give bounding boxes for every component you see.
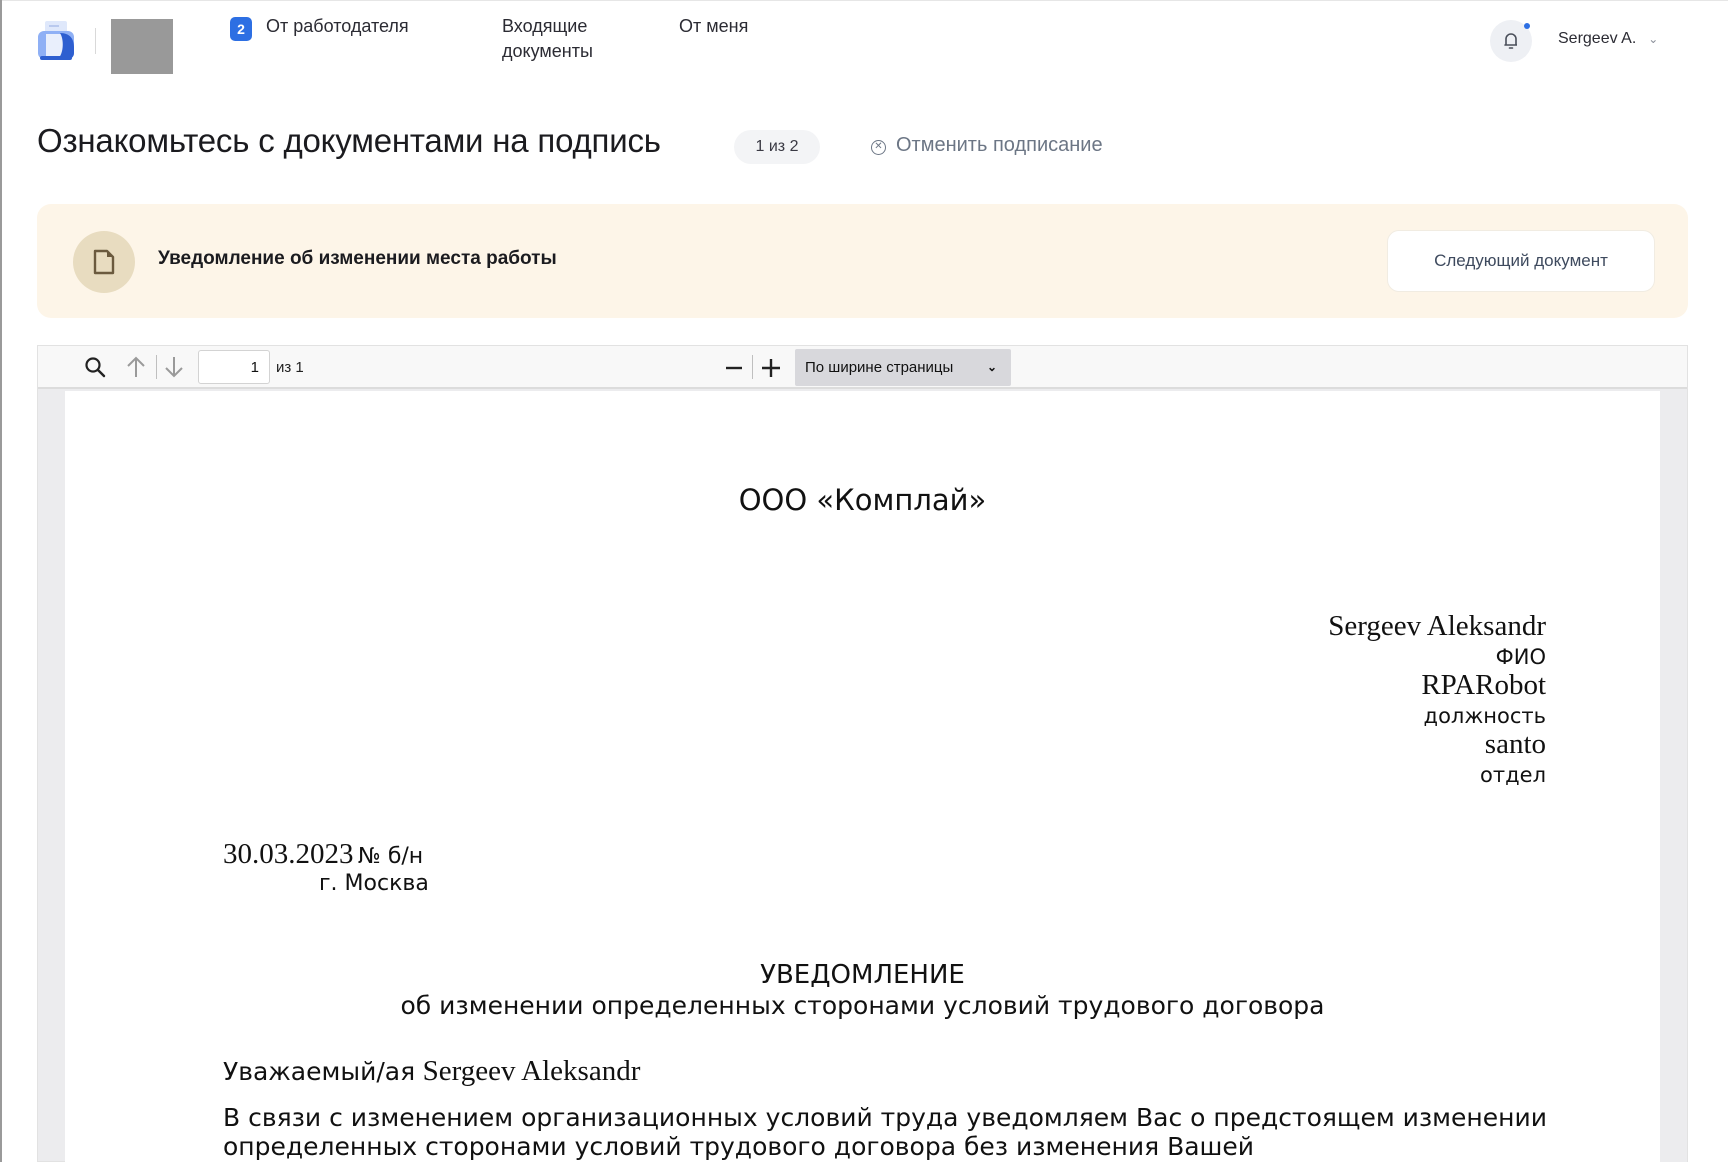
doc-subheading: об изменении определенных сторонами усло… (65, 991, 1660, 1020)
zoom-mode-value: По ширине страницы (805, 359, 953, 376)
page-number-input[interactable] (198, 350, 270, 384)
doc-body-text: В связи с изменением организационных усл… (223, 1103, 1547, 1161)
page-total: из 1 (276, 359, 304, 376)
doc-city: г. Москва (319, 871, 429, 896)
zoom-mode-select[interactable]: По ширине страницы ⌄ (795, 349, 1011, 386)
document-icon (93, 249, 115, 275)
page-title: Ознакомьтесь с документами на подпись (37, 122, 661, 160)
next-document-button[interactable]: Следующий документ (1387, 230, 1655, 292)
doc-recipient-department-label: отдел (1480, 763, 1546, 787)
doc-recipient-position-label: должность (1424, 704, 1546, 728)
zoom-in-icon[interactable] (760, 357, 782, 384)
user-name: Sergeev A. (1558, 30, 1636, 47)
toolbar-divider (156, 355, 157, 379)
zoom-out-icon[interactable] (724, 358, 744, 383)
arrow-up-icon[interactable] (126, 356, 146, 383)
close-circle-icon: ✕ (871, 140, 886, 155)
top-header: 2 От работодателя Входящие документы От … (0, 0, 1728, 90)
window-left-border (0, 0, 2, 1162)
nav-badge: 2 (230, 17, 252, 41)
search-icon[interactable] (84, 356, 106, 383)
current-document-banner: Уведомление об изменении места работы Сл… (37, 204, 1688, 318)
nav-incoming-documents[interactable]: Входящие документы (502, 14, 632, 64)
app-logo-icon[interactable] (36, 20, 76, 62)
doc-date-number: 30.03.2023 № б/н (223, 838, 423, 871)
doc-number: № б/н (358, 844, 423, 869)
doc-recipient-name-label: ФИО (1496, 645, 1546, 669)
doc-organization: ООО «Комплай» (65, 483, 1660, 517)
viewer-scrollbar-track[interactable] (1660, 391, 1687, 1162)
toolbar-divider (752, 355, 753, 379)
chevron-down-icon: ⌄ (1648, 32, 1658, 46)
notifications-button[interactable] (1490, 20, 1532, 62)
doc-recipient-department: santo (1485, 728, 1546, 761)
arrow-down-icon[interactable] (164, 356, 184, 383)
doc-heading: УВЕДОМЛЕНИЕ (65, 960, 1660, 990)
pdf-toolbar: из 1 По ширине страницы ⌄ (38, 346, 1687, 389)
cancel-signing-label: Отменить подписание (896, 134, 1103, 156)
chevron-down-icon: ⌄ (987, 349, 997, 386)
doc-greeting-name: Sergeev Aleksandr (423, 1055, 641, 1087)
nav-from-me[interactable]: От меня (679, 14, 759, 39)
doc-recipient-name: Sergeev Aleksandr (1328, 610, 1546, 643)
document-icon-circle (73, 231, 135, 293)
logo-divider (95, 28, 96, 54)
bell-icon (1502, 31, 1520, 51)
doc-greeting-prefix: Уважаемый/ая (223, 1057, 415, 1086)
nav-label: От работодателя (266, 14, 416, 39)
company-logo-placeholder (111, 19, 173, 74)
pdf-page: ООО «Комплай» Sergeev Aleksandr ФИО RPAR… (65, 391, 1660, 1162)
doc-greeting: Уважаемый/ая Sergeev Aleksandr (223, 1055, 640, 1088)
document-title: Уведомление об изменении места работы (158, 248, 557, 270)
doc-date: 30.03.2023 (223, 838, 354, 870)
nav-from-employer[interactable]: 2 От работодателя (230, 14, 416, 39)
notification-dot (1524, 23, 1530, 29)
nav-label: Входящие документы (502, 16, 593, 61)
cancel-signing-link[interactable]: ✕Отменить подписание (871, 134, 1103, 157)
pdf-viewer: из 1 По ширине страницы ⌄ ООО «Комплай» … (37, 345, 1688, 1162)
user-menu[interactable]: Sergeev A.⌄ (1558, 30, 1658, 48)
document-counter: 1 из 2 (734, 130, 820, 164)
doc-recipient-position: RPARobot (1421, 669, 1546, 702)
nav-label: От меня (679, 16, 748, 36)
